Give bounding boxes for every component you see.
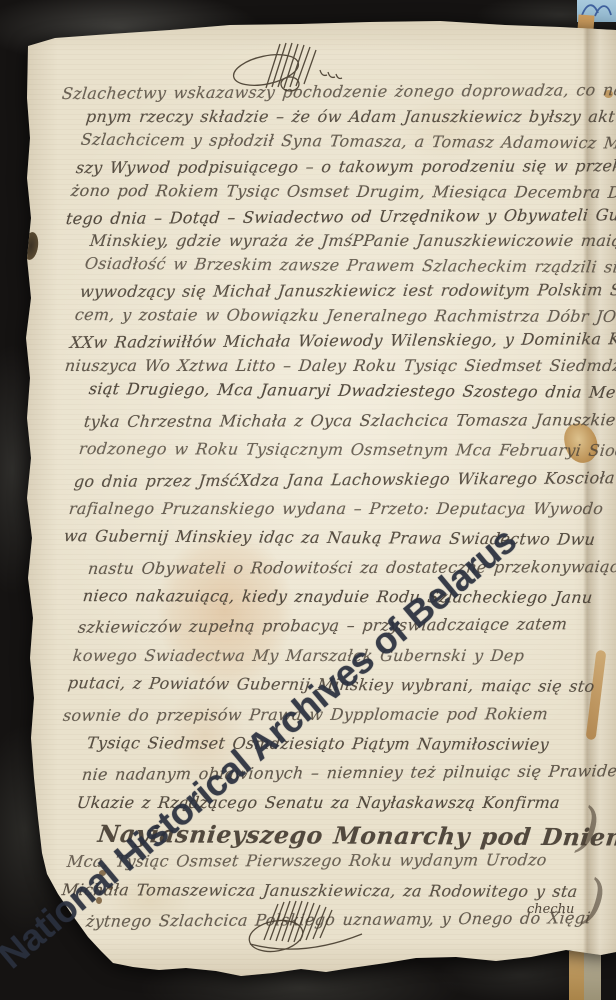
bottom-flourish-icon [240, 896, 372, 958]
manuscript-line: wywodzący się Michał Januszkiewicz iest … [79, 280, 616, 301]
manuscript-line: siąt Drugiego, Mca Januaryi Dwadziestego… [88, 379, 616, 402]
archive-photo-root: Szlachectwy wskazawszy pochodzenie żoneg… [0, 0, 616, 1000]
manuscript-line: rodzonego w Roku Tysiącznym Osmsetnym Mc… [78, 439, 616, 460]
manuscript-line: tego dnia – Dotąd – Swiadectwo od Urzędn… [65, 204, 616, 227]
manuscript-line: Osiadłość w Brzeskim zawsze Prawem Szlac… [84, 254, 616, 277]
manuscript: Szlachectwy wskazawszy pochodzenie żoneg… [0, 0, 616, 1000]
manuscript-line: szkiewiczów zupełną probacyą – przyswiad… [77, 615, 568, 637]
manuscript-line: Minskiey, gdzie wyraża że JmśPPanie Janu… [89, 231, 616, 250]
manuscript-line: XXw Radziwiłłów Michała Woiewody Wilensk… [69, 329, 616, 352]
manuscript-line: nie nadanym obiawionych – niemniey też p… [81, 761, 616, 784]
manuscript-line: kowego Swiadectwa My Marszałek Gubernski… [72, 646, 525, 665]
manuscript-line: Tysiąc Siedmset Osmdziesiąto Piątym Naym… [86, 733, 550, 754]
manuscript-line: szy Wywod podpisuiącego – o takowym poro… [75, 156, 616, 177]
manuscript-line: żono pod Rokiem Tysiąc Osmset Drugim, Mi… [70, 181, 616, 202]
catchword: chechu [527, 902, 574, 917]
manuscript-sheet-wrap: Szlachectwy wskazawszy pochodzenie żoneg… [0, 0, 616, 1000]
manuscript-line: tyka Chrzestna Michała z Oyca Szlachcica… [83, 410, 616, 431]
manuscript-line: rafialnego Pruzanskiego wydana – Przeto:… [68, 499, 604, 518]
manuscript-line: pnym rzeczy składzie – że ów Adam Janusz… [85, 107, 616, 126]
top-flourish-icon [224, 40, 344, 94]
manuscript-line: Szlachcicem y spłodził Syna Tomasza, a T… [80, 129, 616, 153]
manuscript-line: cem, y zostaie w Obowiązku Jeneralnego R… [74, 305, 616, 326]
manuscript-line: nastu Obywateli o Rodowitości za dostate… [87, 557, 616, 578]
manuscript-line: go dnia przez JmśćXdza Jana Lachowskiego… [73, 468, 616, 491]
manuscript-line: niuszyca Wo Xztwa Litto – Daley Roku Tys… [64, 356, 616, 375]
manuscript-line: nieco nakazuiącą, kiedy znayduie Rodu Sz… [82, 586, 594, 607]
manuscript-line: Ukazie z Rządzącego Senatu za Nayłaskaws… [76, 793, 561, 812]
manuscript-sheet: Szlachectwy wskazawszy pochodzenie żoneg… [0, 0, 616, 1000]
